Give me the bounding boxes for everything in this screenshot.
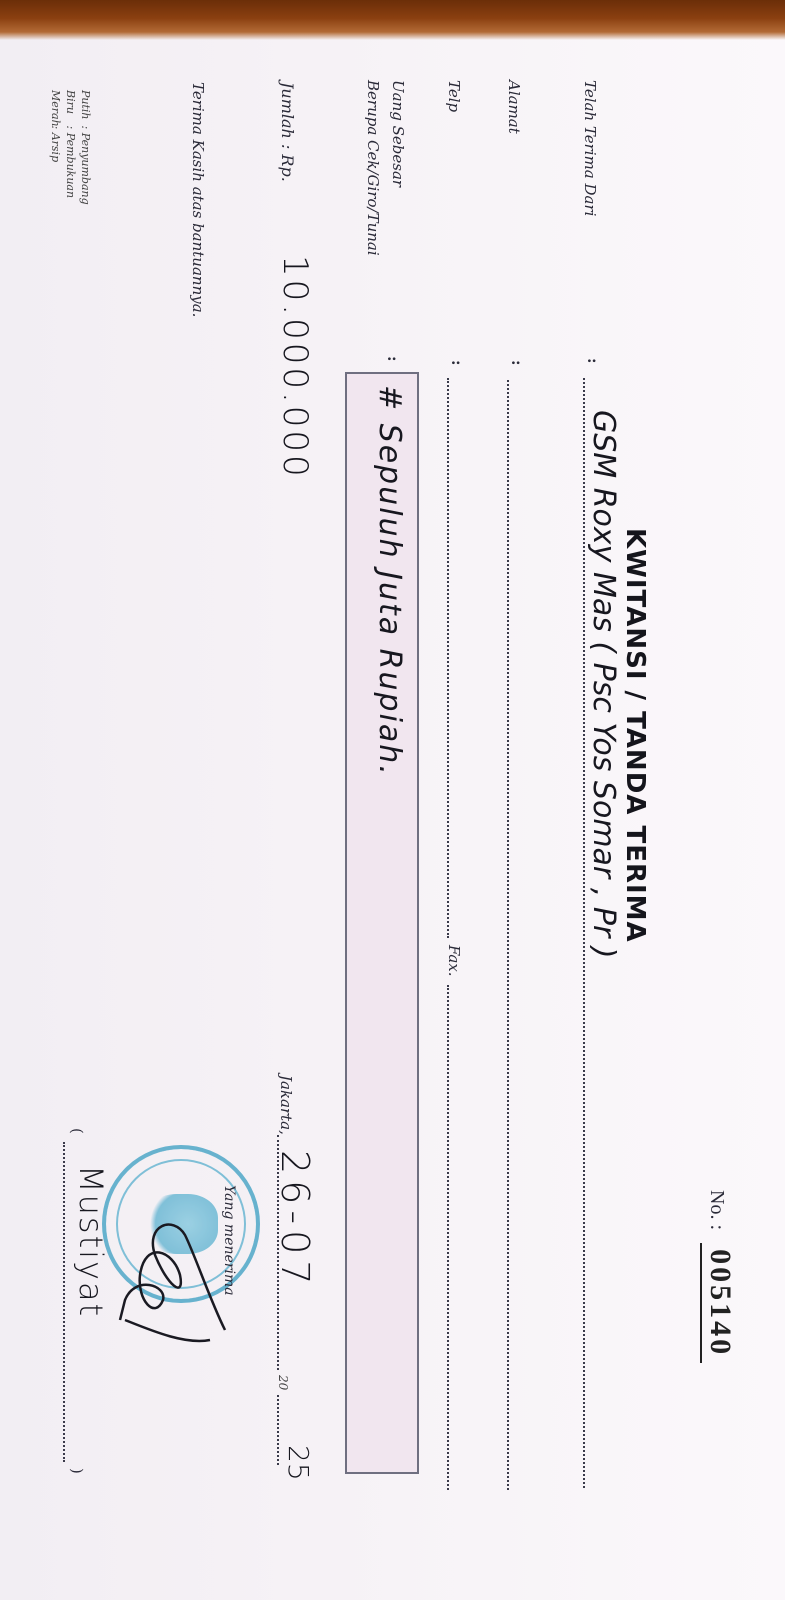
receipt-sheet: KWITANSI / TANDA TERIMA No. : 005140 Tel… [0, 0, 785, 1600]
thanks-text: Terima Kasih atas bantuannya. [189, 82, 207, 317]
signer-name-group: ( [68, 1128, 87, 1134]
signer-name[interactable]: Mustiyat [72, 1165, 110, 1318]
phone-colon: : [448, 360, 466, 366]
phone-line[interactable] [447, 378, 449, 938]
year-line [277, 1395, 279, 1465]
amount-words-label-1: Uang Sebesar [389, 80, 407, 187]
date-value[interactable]: 26-07 [273, 1150, 317, 1290]
received-from-line [583, 378, 585, 1488]
fax-label: Fax. [445, 945, 463, 977]
table-edge [0, 0, 785, 40]
stamp-emblem-icon [143, 1194, 218, 1254]
amount-words-label-2: Berupa Cek/Giro/Tunai [364, 80, 382, 256]
year-prefix: 20 [276, 1375, 290, 1390]
address-label: Alamat [505, 80, 523, 134]
amount-words-colon: : [384, 356, 402, 362]
legend-row: Merah : Arsip [48, 90, 63, 205]
fax-line[interactable] [447, 985, 449, 1490]
legend-row: Biru : Pembukuan [63, 90, 78, 205]
receipt-number: 005140 [700, 1243, 737, 1363]
received-from-value[interactable]: GSM Roxy Mas ( Psc Yos Somar , Pr ) [586, 410, 621, 959]
receipt-title: KWITANSI / TANDA TERIMA [620, 528, 650, 943]
receipt-number-label: No. : [706, 1190, 728, 1230]
year-value[interactable]: 25 [282, 1445, 315, 1481]
phone-label: Telp [445, 80, 463, 112]
city-label: Jakarta, [277, 1075, 295, 1135]
total-value[interactable]: 10.000.000 [275, 255, 315, 480]
signer-line [63, 1142, 65, 1462]
copies-legend: Putih : Penyumbang Biru : Pembukuan Mera… [48, 90, 93, 205]
signer-close-paren: ) [68, 1468, 87, 1474]
address-line[interactable] [507, 380, 509, 1490]
received-from-label: Telah Terima Dari [581, 80, 599, 216]
signature-label: Yang menerima [221, 1185, 237, 1296]
amount-words-value: # Sepuluh Juta Rupiah. [372, 385, 407, 777]
receipt-number-group: No. : 005140 [703, 1190, 737, 1363]
legend-row: Putih : Penyumbang [78, 90, 93, 205]
address-colon: : [508, 360, 526, 366]
received-from-colon: : [584, 358, 602, 364]
total-label: Jumlah : Rp. [278, 82, 297, 182]
